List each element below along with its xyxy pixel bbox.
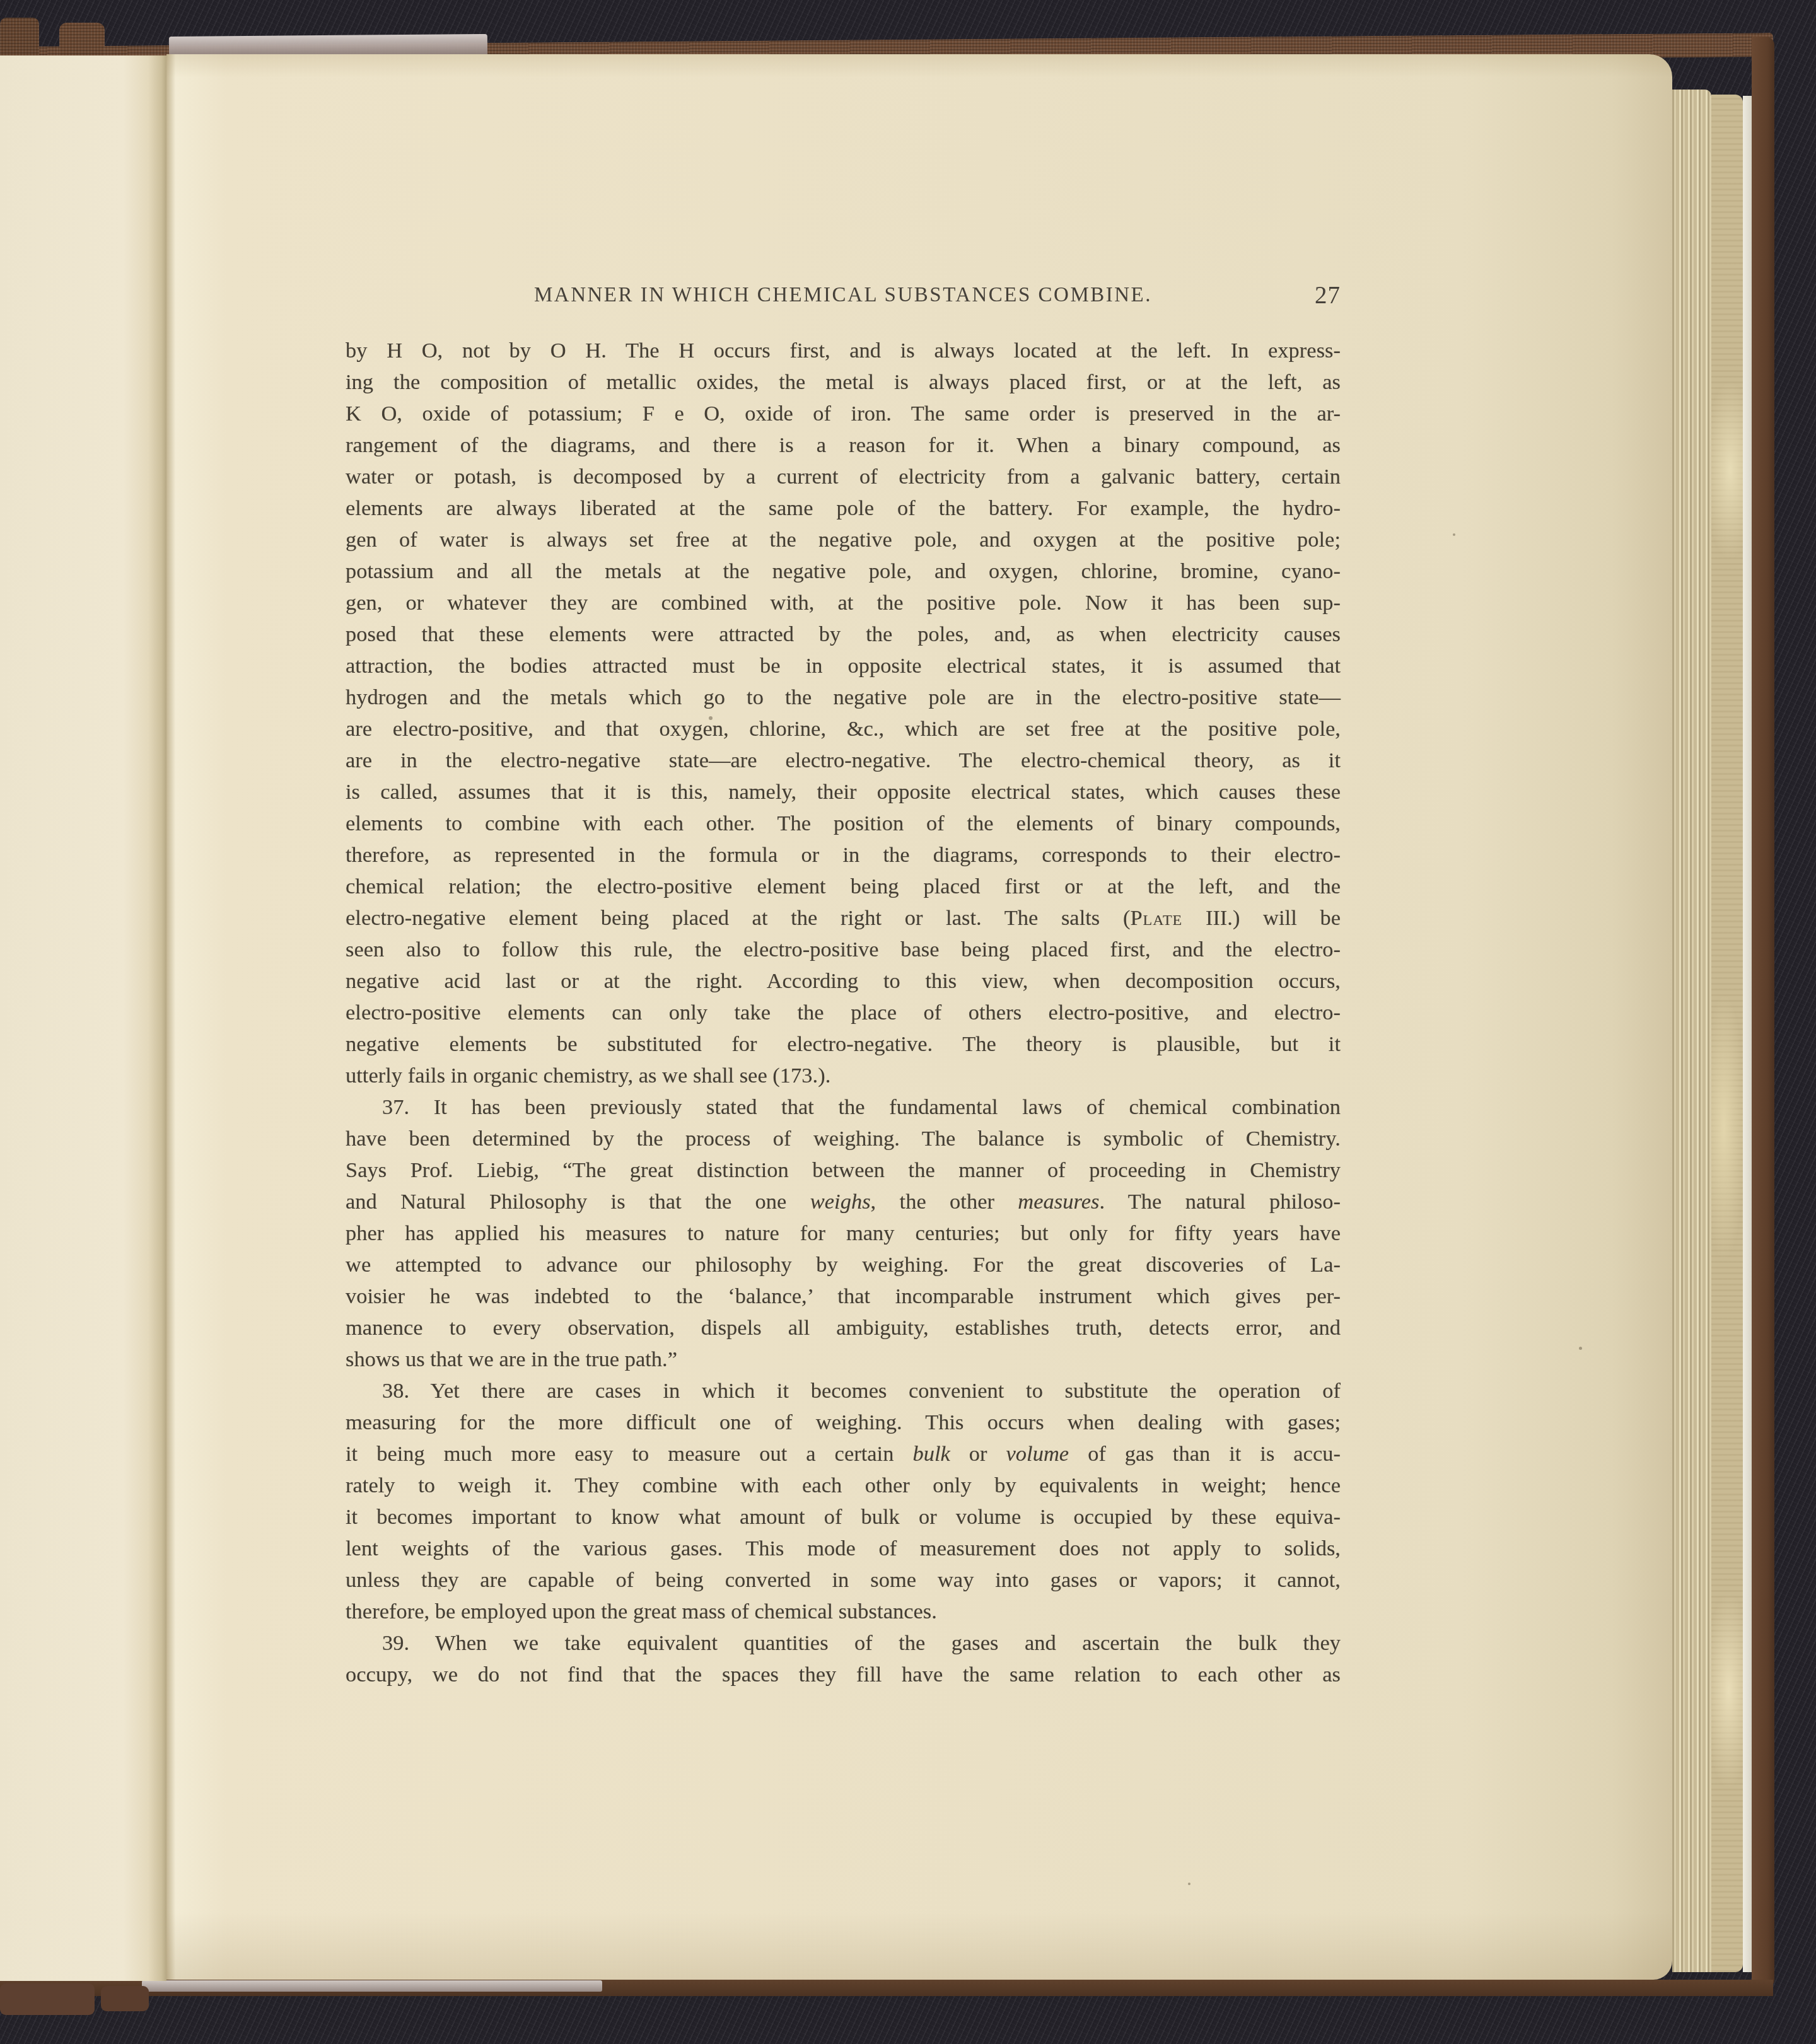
left-page-edge <box>0 55 166 1981</box>
text-line: elements to combine with each other. The… <box>346 808 1341 839</box>
metal-rod-bottom <box>142 1980 602 1992</box>
text-line: manence to every observation, dispels al… <box>346 1312 1341 1344</box>
text-line: negative elements be substituted for ele… <box>346 1028 1341 1060</box>
text-line: we attempted to advance our philosophy b… <box>346 1249 1341 1280</box>
body-text: by H O, not by O H. The H occurs first, … <box>346 335 1341 1690</box>
spine-tailcap <box>0 1983 95 2015</box>
text-line: chemical relation; the electro-positive … <box>346 871 1341 902</box>
page-header: MANNER IN WHICH CHEMICAL SUBSTANCES COMB… <box>346 284 1341 316</box>
text-line: by H O, not by O H. The H occurs first, … <box>346 335 1341 366</box>
text-line: it becomes important to know what amount… <box>346 1501 1341 1533</box>
text-line: rangement of the diagrams, and there is … <box>346 429 1341 461</box>
text-line: shows us that we are in the true path.” <box>346 1344 1341 1375</box>
text-line: pher has applied his measures to nature … <box>346 1217 1341 1249</box>
text-line: rately to weigh it. They combine with ea… <box>346 1470 1341 1501</box>
text-line: measuring for the more difficult one of … <box>346 1407 1341 1438</box>
text-line: K O, oxide of potassium; F e O, oxide of… <box>346 398 1341 429</box>
fore-edge-deckle-band <box>1711 95 1743 1972</box>
text-line: it being much more easy to measure out a… <box>346 1438 1341 1470</box>
spine-tailcap-fold <box>101 1986 149 2011</box>
text-line: ing the composition of metallic oxides, … <box>346 366 1341 398</box>
text-line: electro-positive elements can only take … <box>346 997 1341 1028</box>
text-line: attraction, the bodies attracted must be… <box>346 650 1341 682</box>
text-line: gen, or whatever they are combined with,… <box>346 587 1341 618</box>
text-line: is called, assumes that it is this, name… <box>346 776 1341 808</box>
text-line: therefore, as represented in the formula… <box>346 839 1341 871</box>
text-line: hydrogen and the metals which go to the … <box>346 682 1341 713</box>
text-line: water or potash, is decomposed by a curr… <box>346 461 1341 492</box>
text-line: utterly fails in organic chemistry, as w… <box>346 1060 1341 1091</box>
text-line: voisier he was indebted to the ‘balance,… <box>346 1280 1341 1312</box>
text-line: gen of water is always set free at the n… <box>346 524 1341 555</box>
text-line: occupy, we do not find that the spaces t… <box>346 1659 1341 1690</box>
text-line: electro-negative element being placed at… <box>346 902 1341 934</box>
endpaper-edge <box>1743 96 1752 1972</box>
text-line: posed that these elements were attracted… <box>346 618 1341 650</box>
text-line: potassium and all the metals at the nega… <box>346 555 1341 587</box>
text-line: have been determined by the process of w… <box>346 1123 1341 1154</box>
fore-edge-pages <box>1672 90 1711 1972</box>
cover-right-edge <box>1752 37 1774 1989</box>
text-line: therefore, be employed upon the great ma… <box>346 1596 1341 1627</box>
text-line: 37. It has been previously stated that t… <box>346 1091 1341 1123</box>
text-line: seen also to follow this rule, the elect… <box>346 934 1341 965</box>
book-photograph: MANNER IN WHICH CHEMICAL SUBSTANCES COMB… <box>0 0 1816 2044</box>
running-header: MANNER IN WHICH CHEMICAL SUBSTANCES COMB… <box>346 284 1341 307</box>
text-line: 39. When we take equivalent quantities o… <box>346 1627 1341 1659</box>
page-number: 27 <box>1315 281 1341 310</box>
text-line: negative acid last or at the right. Acco… <box>346 965 1341 997</box>
text-line: and Natural Philosophy is that the one w… <box>346 1186 1341 1217</box>
text-line: are electro-positive, and that oxygen, c… <box>346 713 1341 745</box>
text-line: unless they are capable of being convert… <box>346 1564 1341 1596</box>
text-line: 38. Yet there are cases in which it beco… <box>346 1375 1341 1407</box>
text-line: are in the electro-negative state—are el… <box>346 745 1341 776</box>
text-line: elements are always liberated at the sam… <box>346 492 1341 524</box>
text-line: lent weights of the various gases. This … <box>346 1533 1341 1564</box>
text-line: Says Prof. Liebig, “The great distinctio… <box>346 1154 1341 1186</box>
